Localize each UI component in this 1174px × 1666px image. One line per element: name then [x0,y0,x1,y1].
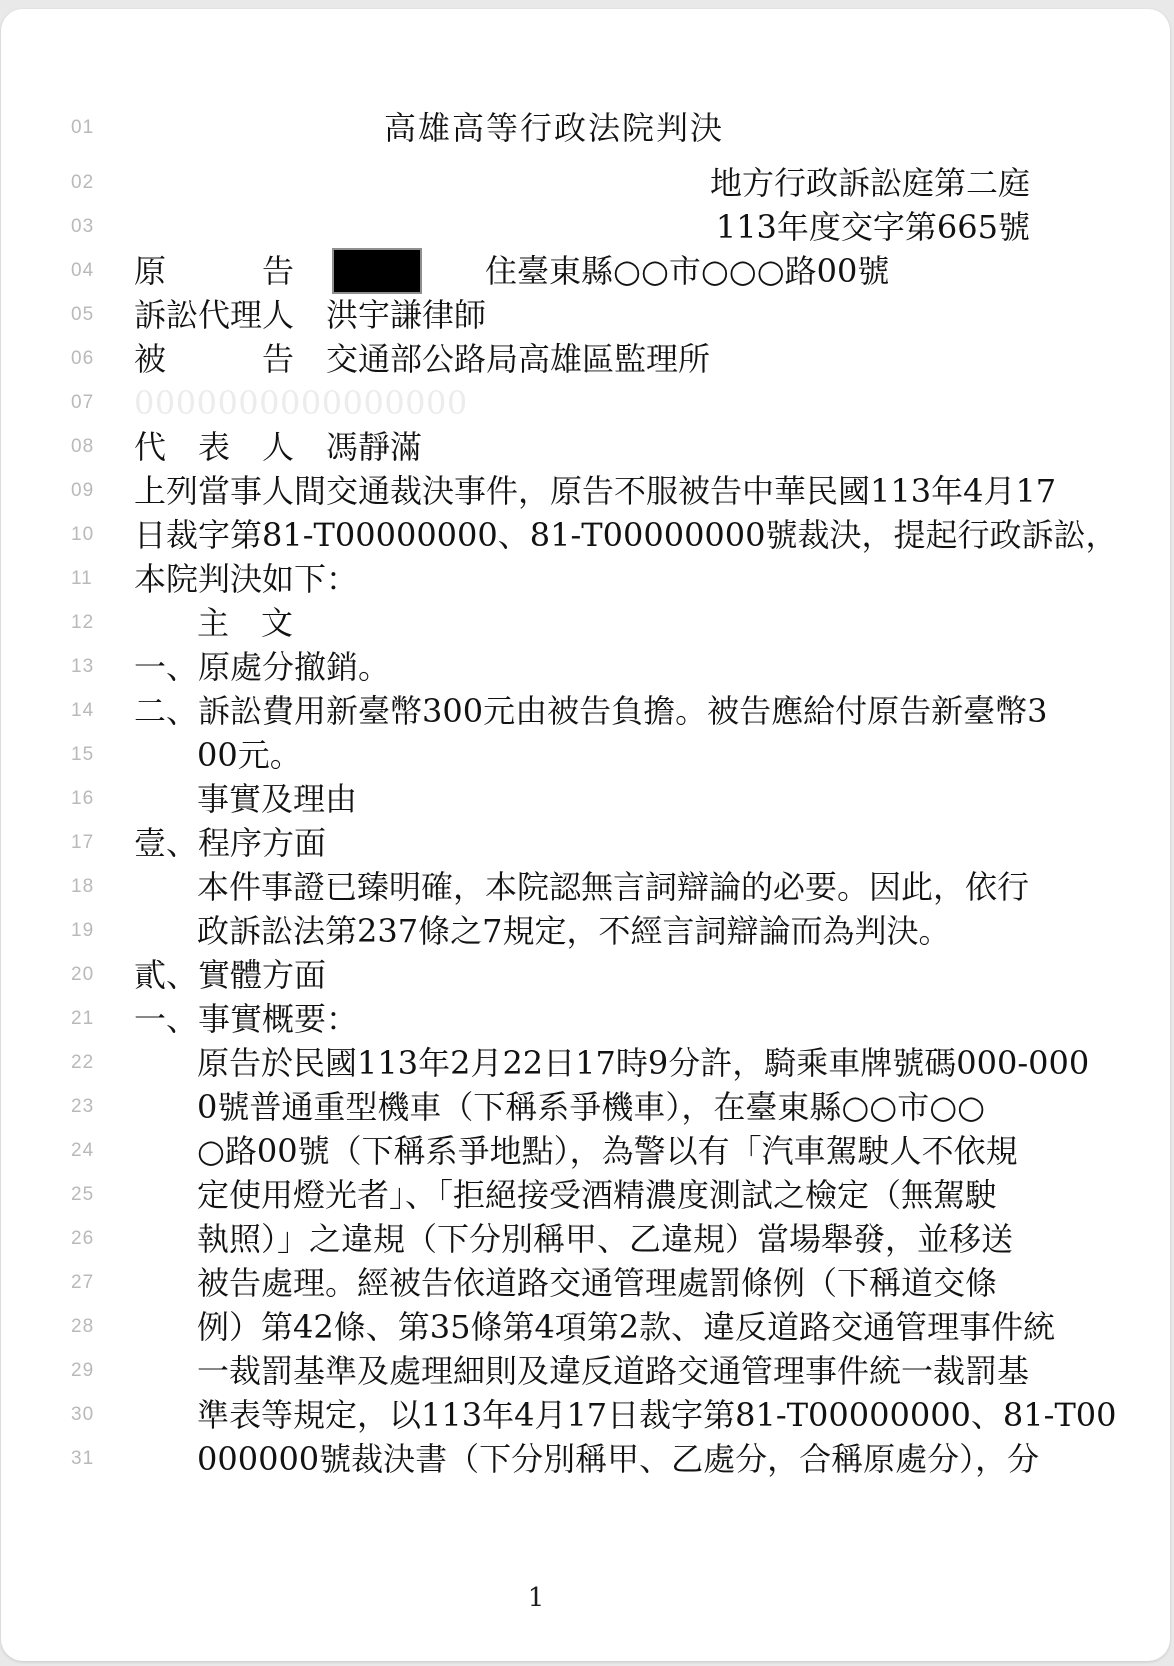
document-line: 11 本院判決如下： [1,557,1170,601]
line-number: 12 [71,612,105,634]
judgment-page: 01 高雄高等行政法院判決 02 地方行政訴訟庭第二庭 03 113年度交字第6… [1,9,1170,1661]
line-text: 上列當事人間交通裁決事件，原告不服被告中華民國113年4月17 [134,469,1030,513]
document-line: 26 執照）」之違規（下分別稱甲、乙違規）當場舉發，並移送 [1,1217,1170,1261]
document-line: 15 00元。 [1,733,1170,777]
line-number: 28 [71,1316,105,1338]
document-line: 13 一、原處分撤銷。 [1,645,1170,689]
line-text: 政訴訟法第237條之7規定，不經言詞辯論而為判決。 [134,909,1030,953]
document-line: 25 定使用燈光者」、「拒絕接受酒精濃度測試之檢定（無駕駛 [1,1173,1170,1217]
line-number: 29 [71,1360,105,1382]
line-text: 本件事證已臻明確，本院認無言詞辯論的必要。因此，依行 [134,865,1030,909]
line-text: 貳、實體方面 [134,953,1030,997]
line-text: 定使用燈光者」、「拒絕接受酒精濃度測試之檢定（無駕駛 [134,1173,1030,1217]
document-line: 02 地方行政訴訟庭第二庭 [1,161,1170,205]
line-text: 一裁罰基準及處理細則及違反道路交通管理事件統一裁罰基 [134,1349,1030,1393]
document-line: 27 被告處理。經被告依道路交通管理處罰條例（下稱道交條 [1,1261,1170,1305]
line-number: 02 [71,172,105,194]
line-text: 二、訴訟費用新臺幣300元由被告負擔。被告應給付原告新臺幣3 [134,689,1030,733]
line-text: 準表等規定，以113年4月17日裁字第81-T00000000、81-T00 [134,1393,1030,1437]
line-number: 01 [71,117,105,139]
line-number: 08 [71,436,105,458]
line-number: 30 [71,1404,105,1426]
line-number: 23 [71,1096,105,1118]
line-text: 地方行政訴訟庭第二庭 [134,161,1030,205]
line-text: 壹、程序方面 [134,821,1030,865]
document-line: 18 本件事證已臻明確，本院認無言詞辯論的必要。因此，依行 [1,865,1170,909]
line-text: 113年度交字第665號 [134,205,1030,249]
document-line: 03 113年度交字第665號 [1,205,1170,249]
line-number: 21 [71,1008,105,1030]
line-text: 事實及理由 [134,777,1030,821]
document-line: 20 貳、實體方面 [1,953,1170,997]
line-number: 11 [71,568,105,590]
line-number: 19 [71,920,105,942]
line-text: 日裁字第81-T00000000、81-T00000000號裁決，提起行政訴訟， [134,513,1030,557]
document-line: 19 政訴訟法第237條之7規定，不經言詞辯論而為判決。 [1,909,1170,953]
document-line: 12 主 文 [1,601,1170,645]
line-text: 本院判決如下： [134,557,1030,601]
line-text: 00元。 [134,733,1030,777]
party-label: 原 告 [134,249,294,293]
document-line: 09 上列當事人間交通裁決事件，原告不服被告中華民國113年4月17 [1,469,1170,513]
line-text: 執照）」之違規（下分別稱甲、乙違規）當場舉發，並移送 [134,1217,1030,1261]
line-text: 一、原處分撤銷。 [134,645,1030,689]
line-text: ○路00號（下稱系爭地點），為警以有「汽車駕駛人不依規 [134,1129,1030,1173]
line-number: 16 [71,788,105,810]
document-line: 06 被 告 交通部公路局高雄區監理所 [1,337,1170,381]
line-text: 0000000000000000 [134,381,1030,425]
line-number: 20 [71,964,105,986]
line-text: 000000號裁決書（下分別稱甲、乙處分，合稱原處分），分 [134,1437,1030,1481]
document-line: 08 代 表 人 馮靜滿 [1,425,1170,469]
document-line: 04 原 告住臺東縣○○市○○○路00號 [1,249,1170,293]
document-lines: 01 高雄高等行政法院判決 02 地方行政訴訟庭第二庭 03 113年度交字第6… [1,106,1170,1481]
document-line: 22 原告於民國113年2月22日17時9分許，騎乘車牌號碼000-000 [1,1041,1170,1085]
document-title: 高雄高等行政法院判決 [134,106,1030,150]
line-number: 10 [71,524,105,546]
line-number: 17 [71,832,105,854]
line-number: 26 [71,1228,105,1250]
document-line: 31 000000號裁決書（下分別稱甲、乙處分，合稱原處分），分 [1,1437,1170,1481]
document-line: 24 ○路00號（下稱系爭地點），為警以有「汽車駕駛人不依規 [1,1129,1170,1173]
document-line: 29 一裁罰基準及處理細則及違反道路交通管理事件統一裁罰基 [1,1349,1170,1393]
line-number: 24 [71,1140,105,1162]
document-line: 05 訴訟代理人 洪宇謙律師 [1,293,1170,337]
line-number: 13 [71,656,105,678]
line-number: 15 [71,744,105,766]
line-text: 一、事實概要： [134,997,1030,1041]
redaction-box [332,248,422,294]
line-number: 27 [71,1272,105,1294]
line-number: 25 [71,1184,105,1206]
document-line: 10 日裁字第81-T00000000、81-T00000000號裁決，提起行政… [1,513,1170,557]
page-number: 1 [1,1583,1071,1613]
line-number: 05 [71,304,105,326]
line-number: 14 [71,700,105,722]
line-text: 主 文 [134,601,1030,645]
line-number: 06 [71,348,105,370]
line-number: 18 [71,876,105,898]
line-number: 22 [71,1052,105,1074]
line-text: 例）第42條、第35條第4項第2款、違反道路交通管理事件統 [134,1305,1030,1349]
document-line: 28 例）第42條、第35條第4項第2款、違反道路交通管理事件統 [1,1305,1170,1349]
line-number: 07 [71,392,105,414]
line-text: 代 表 人 馮靜滿 [134,425,1030,469]
line-text: 原告於民國113年2月22日17時9分許，騎乘車牌號碼000-000 [134,1041,1030,1085]
line-text: 被 告 交通部公路局高雄區監理所 [134,337,1030,381]
document-line: 17 壹、程序方面 [1,821,1170,865]
line-number: 31 [71,1448,105,1470]
document-line: 21 一、事實概要： [1,997,1170,1041]
line-number: 04 [71,260,105,282]
document-line: 16 事實及理由 [1,777,1170,821]
line-text: 被告處理。經被告依道路交通管理處罰條例（下稱道交條 [134,1261,1030,1305]
line-text: 訴訟代理人 洪宇謙律師 [134,293,1030,337]
document-line: 23 0號普通重型機車（下稱系爭機車），在臺東縣○○市○○ [1,1085,1170,1129]
line-text: 原 告住臺東縣○○市○○○路00號 [134,248,1030,294]
line-text: 0號普通重型機車（下稱系爭機車），在臺東縣○○市○○ [134,1085,1030,1129]
document-line: 07 0000000000000000 [1,381,1170,425]
document-line: 14 二、訴訟費用新臺幣300元由被告負擔。被告應給付原告新臺幣3 [1,689,1170,733]
line-number: 03 [71,216,105,238]
line-number: 09 [71,480,105,502]
document-line: 01 高雄高等行政法院判決 [1,106,1170,150]
party-address: 住臺東縣○○市○○○路00號 [485,249,889,293]
document-line: 30 準表等規定，以113年4月17日裁字第81-T00000000、81-T0… [1,1393,1170,1437]
